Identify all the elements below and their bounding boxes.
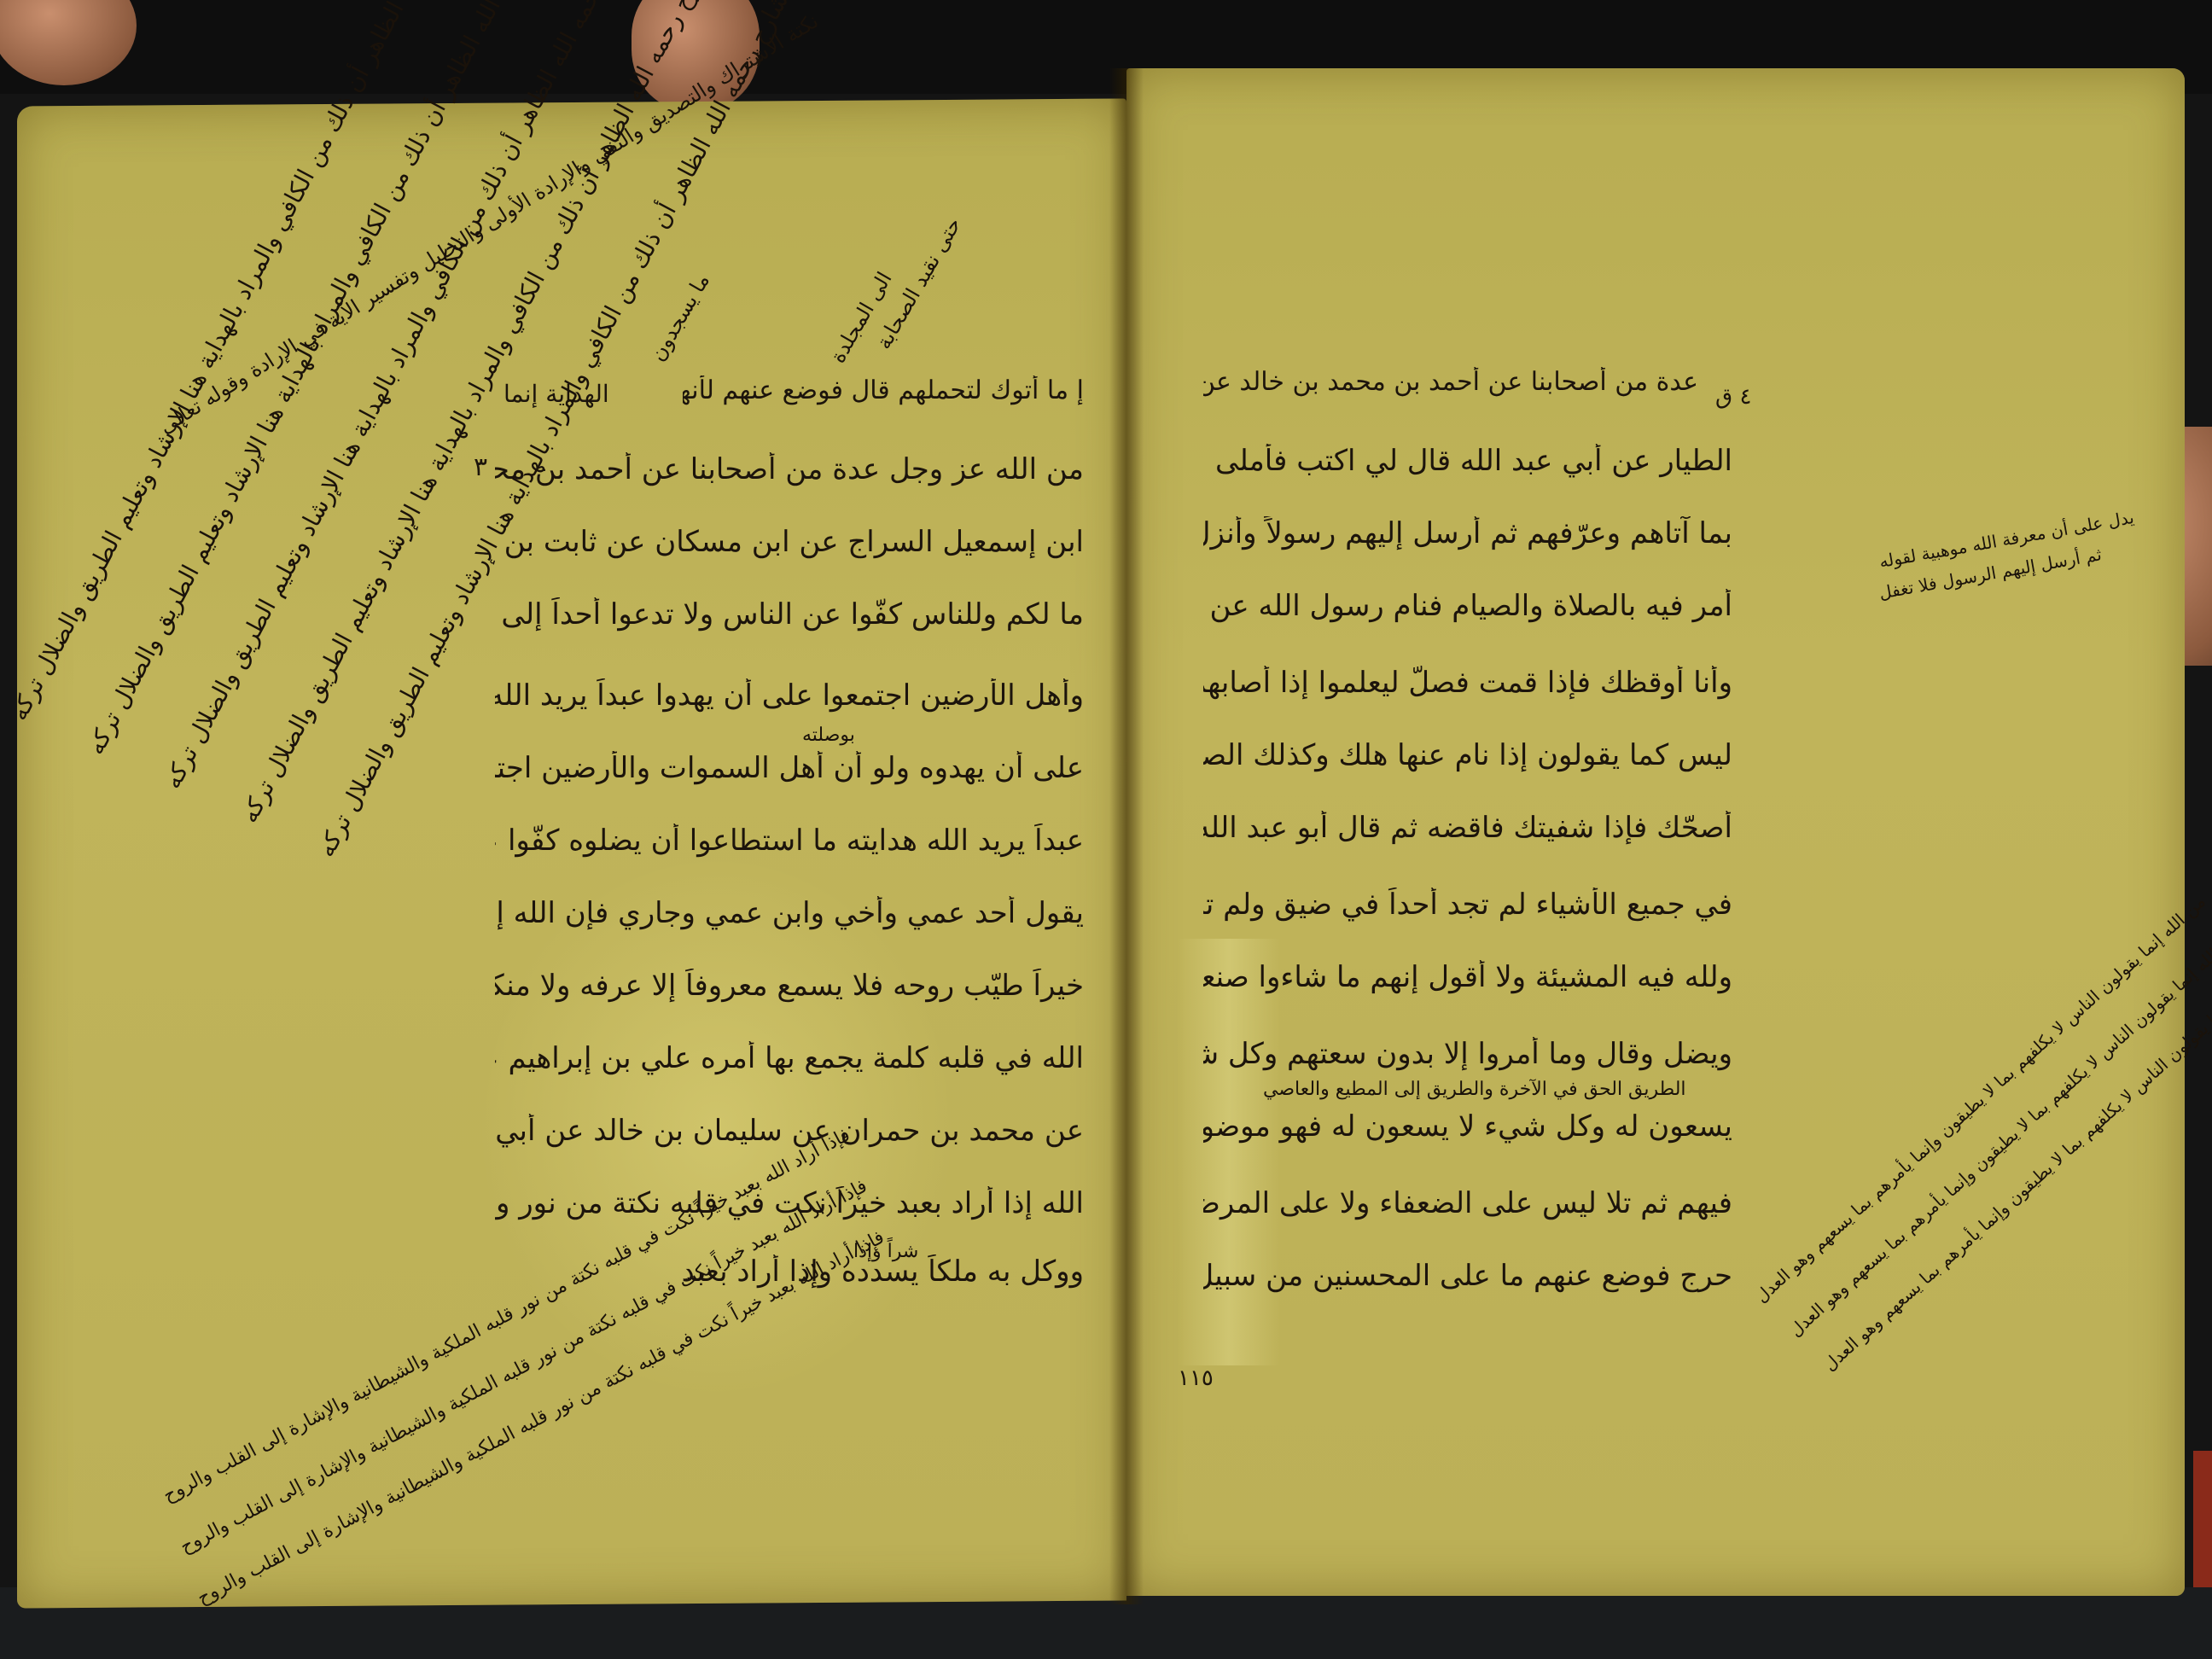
text-line: أمر فيه بالصلاة والصيام فنام رسول الله ع… bbox=[1203, 589, 1732, 623]
light-glare-right bbox=[1178, 939, 1280, 1365]
text-line: على أن يهدوه ولو أن أهل السموات والأرضين… bbox=[495, 751, 1084, 785]
text-line: عن محمد بن حمران عن سليمان بن خالد عن أب… bbox=[495, 1114, 1084, 1148]
text-line: عبداً يريد الله هدايته ما استطاعوا أن يض… bbox=[495, 824, 1084, 858]
text-line: ويضل وقال وما أمروا إلا بدون سعتهم وكل ش… bbox=[1203, 1037, 1732, 1071]
text-line: أصحّك فإذا شفيتك فاقضه ثم قال أبو عبد ال… bbox=[1203, 811, 1732, 845]
red-book-edge bbox=[2193, 1451, 2212, 1587]
section-marker: ٣ bbox=[474, 452, 487, 482]
section-marker: ٤ ق bbox=[1715, 384, 1751, 410]
text-line: خيراً طيّب روحه فلا يسمع معروفاً إلا عرف… bbox=[495, 969, 1084, 1003]
text-line: ما لكم وللناس كفّوا عن الناس ولا تدعوا أ… bbox=[495, 597, 1084, 632]
text-line: في جميع الأشياء لم تجد أحداً في ضيق ولم … bbox=[1203, 888, 1732, 922]
text-line: يسعون له وكل شيء لا يسعون له فهو موضوع ع… bbox=[1203, 1109, 1732, 1144]
text-line: ابن إسمعيل السراج عن ابن مسكان عن ثابت ب… bbox=[495, 525, 1084, 559]
text-line: الله في قلبه كلمة يجمع بها أمره علي بن إ… bbox=[495, 1041, 1084, 1075]
text-line: ولله فيه المشيئة ولا أقول إنهم ما شاءوا … bbox=[1203, 960, 1732, 994]
folio-number: ١١٥ bbox=[1178, 1365, 1214, 1391]
text-line: الطيار عن أبي عبد الله قال لي اكتب فأملى… bbox=[1203, 444, 1732, 478]
interlinear-note: الطريق الحق في الآخرة والطريق إلى المطيع… bbox=[1263, 1071, 1686, 1109]
text-line: ليس كما يقولون إذا نام عنها هلك وكذلك ال… bbox=[1203, 738, 1732, 772]
text-line: إ ما أتوك لتحملهم قال فوضع عنهم لأنهم لا… bbox=[683, 375, 1084, 405]
text-line: فيهم ثم تلا ليس على الضعفاء ولا على المر… bbox=[1203, 1186, 1732, 1220]
interlinear-note: بوصلته bbox=[802, 717, 855, 754]
text-line: من الله عز وجل عدة من أصحابنا عن أحمد بن… bbox=[495, 452, 1084, 486]
text-line: وأنا أوقظك فإذا قمت فصلّ ليعلموا إذا أصا… bbox=[1203, 666, 1732, 700]
text-line: عدة من أصحابنا عن أحمد بن محمد بن خالد ع… bbox=[1203, 367, 1698, 397]
text-line: بما آتاهم وعرّفهم ثم أرسل إليهم رسولاً و… bbox=[1203, 516, 1732, 550]
text-line: حرج فوضع عنهم ما على المحسنين من سبيل وا… bbox=[1203, 1259, 1732, 1293]
text-line: وأهل الأرضين اجتمعوا على أن يهدوا عبداً … bbox=[495, 678, 1084, 713]
text-line: يقول أحد عمي وأخي وابن عمي وجاري فإن الل… bbox=[495, 896, 1084, 930]
book-gutter bbox=[1109, 68, 1144, 1604]
